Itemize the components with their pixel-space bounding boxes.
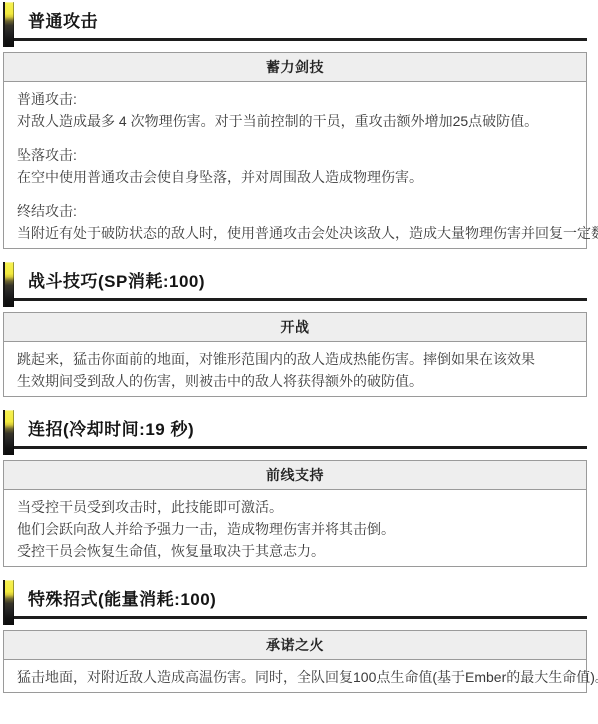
description-line: 在空中使用普通攻击会使自身坠落，并对周围敌人造成物理伤害。 (17, 166, 573, 188)
description-paragraph: 坠落攻击:在空中使用普通攻击会使自身坠落，并对周围敌人造成物理伤害。 (17, 144, 573, 188)
description-line: 当附近有处于破防状态的敌人时，使用普通攻击会处决该敌人，造成大量物理伤害并回复一… (17, 222, 573, 244)
skill-name-header: 承诺之火 (4, 631, 586, 660)
description-paragraph: 当受控干员受到攻击时，此技能即可激活。他们会跃向敌人并给予强力一击，造成物理伤害… (17, 496, 573, 562)
description-line: 终结攻击: (17, 200, 573, 222)
description-line: 当受控干员受到攻击时，此技能即可激活。 (17, 496, 573, 518)
skill-section: 连招(冷却时间:19 秒) 前线支持 当受控干员受到攻击时，此技能即可激活。他们… (3, 411, 587, 567)
description-line: 普通攻击: (17, 88, 573, 110)
skill-rank-icon (3, 580, 14, 625)
section-title: 连招(冷却时间:19 秒) (28, 411, 587, 449)
section-header: 普通攻击 (3, 3, 587, 41)
section-title: 战斗技巧(SP消耗:100) (28, 263, 587, 301)
skill-section: 普通攻击 蓄力剑技 普通攻击:对敌人造成最多 4 次物理伤害。对于当前控制的干员… (3, 3, 587, 249)
skill-box: 蓄力剑技 普通攻击:对敌人造成最多 4 次物理伤害。对于当前控制的干员，重攻击额… (3, 52, 587, 249)
section-header: 特殊招式(能量消耗:100) (3, 581, 587, 619)
description-line: 跳起来，猛击你面前的地面，对锥形范围内的敌人造成热能伤害。摔倒如果在该效果 (17, 348, 573, 370)
skill-rank-icon (3, 410, 14, 455)
skill-rank-icon (3, 262, 14, 307)
content: 普通攻击 蓄力剑技 普通攻击:对敌人造成最多 4 次物理伤害。对于当前控制的干员… (3, 3, 587, 693)
description-line: 生效期间受到敌人的伤害，则被击中的敌人将获得额外的破防值。 (17, 370, 573, 392)
section-header: 战斗技巧(SP消耗:100) (3, 263, 587, 301)
skill-section: 特殊招式(能量消耗:100) 承诺之火 猛击地面，对附近敌人造成高温伤害。同时，… (3, 581, 587, 693)
skill-name-header: 蓄力剑技 (4, 53, 586, 82)
description-paragraph: 终结攻击:当附近有处于破防状态的敌人时，使用普通攻击会处决该敌人，造成大量物理伤… (17, 200, 573, 244)
skill-description: 当受控干员受到攻击时，此技能即可激活。他们会跃向敌人并给予强力一击，造成物理伤害… (4, 490, 586, 566)
skill-rank-icon (3, 2, 14, 47)
description-line: 猛击地面，对附近敌人造成高温伤害。同时，全队回复100点生命值(基于Ember的… (17, 666, 573, 688)
skill-box: 前线支持 当受控干员受到攻击时，此技能即可激活。他们会跃向敌人并给予强力一击，造… (3, 460, 587, 567)
description-paragraph: 普通攻击:对敌人造成最多 4 次物理伤害。对于当前控制的干员，重攻击额外增加25… (17, 88, 573, 132)
skill-description: 跳起来，猛击你面前的地面，对锥形范围内的敌人造成热能伤害。摔倒如果在该效果生效期… (4, 342, 586, 396)
skill-box: 开战 跳起来，猛击你面前的地面，对锥形范围内的敌人造成热能伤害。摔倒如果在该效果… (3, 312, 587, 397)
section-header: 连招(冷却时间:19 秒) (3, 411, 587, 449)
skill-description: 猛击地面，对附近敌人造成高温伤害。同时，全队回复100点生命值(基于Ember的… (4, 660, 586, 692)
section-title: 普通攻击 (28, 3, 587, 41)
description-line: 他们会跃向敌人并给予强力一击，造成物理伤害并将其击倒。 (17, 518, 573, 540)
description-line: 坠落攻击: (17, 144, 573, 166)
skill-box: 承诺之火 猛击地面，对附近敌人造成高温伤害。同时，全队回复100点生命值(基于E… (3, 630, 587, 693)
skill-name-header: 开战 (4, 313, 586, 342)
description-line: 对敌人造成最多 4 次物理伤害。对于当前控制的干员，重攻击额外增加25点破防值。 (17, 110, 573, 132)
skill-name-header: 前线支持 (4, 461, 586, 490)
description-paragraph: 猛击地面，对附近敌人造成高温伤害。同时，全队回复100点生命值(基于Ember的… (17, 666, 573, 688)
skill-section: 战斗技巧(SP消耗:100) 开战 跳起来，猛击你面前的地面，对锥形范围内的敌人… (3, 263, 587, 397)
skill-description: 普通攻击:对敌人造成最多 4 次物理伤害。对于当前控制的干员，重攻击额外增加25… (4, 82, 586, 248)
description-paragraph: 跳起来，猛击你面前的地面，对锥形范围内的敌人造成热能伤害。摔倒如果在该效果生效期… (17, 348, 573, 392)
description-line: 受控干员会恢复生命值，恢复量取决于其意志力。 (17, 540, 573, 562)
section-title: 特殊招式(能量消耗:100) (28, 581, 587, 619)
